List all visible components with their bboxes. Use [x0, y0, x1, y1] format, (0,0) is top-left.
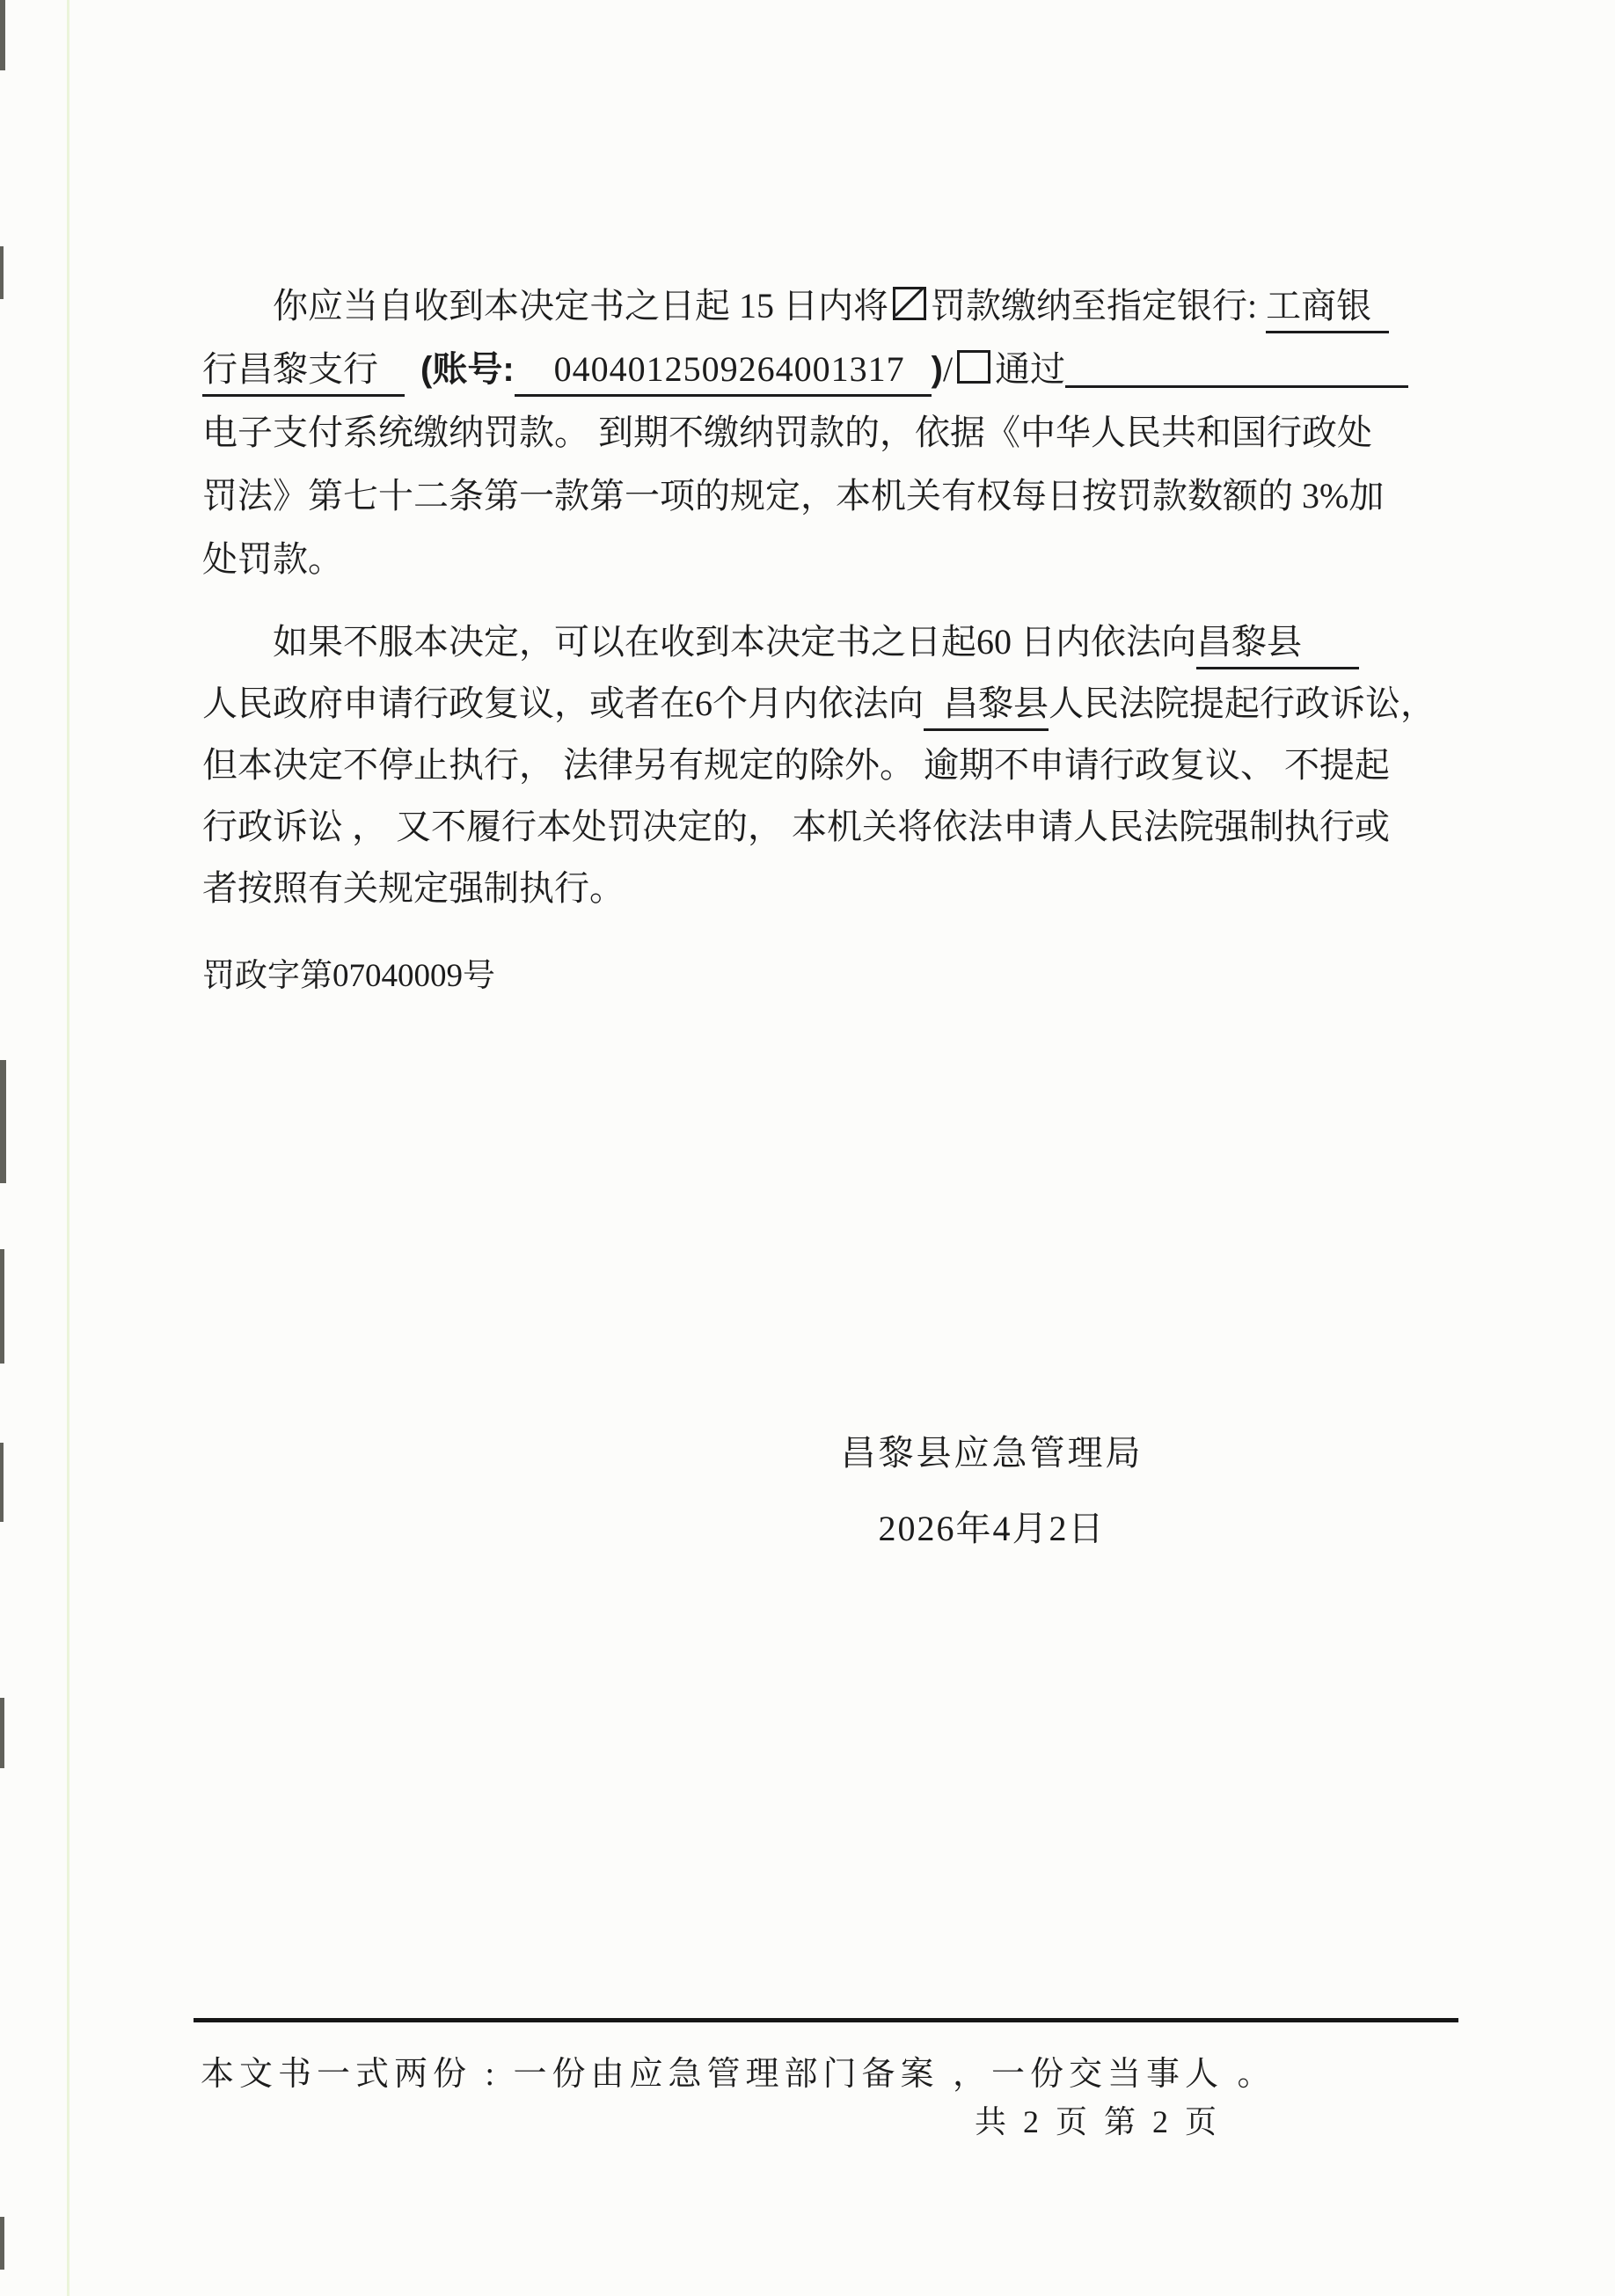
payment-deadline-text: 你应当自收到本决定书之日起 15 日内将	[273, 286, 888, 325]
paragraph-text: 罚法》第七十二条第一款第一项的规定，本机关有权每日按罚款数额的 3%加	[202, 476, 1384, 516]
court-county-name: 昌黎县	[924, 684, 1049, 731]
paragraph-text: 者按照有关规定强制执行。	[202, 868, 625, 908]
paragraph-text: 处罚款。	[202, 539, 343, 579]
paragraph-line: 人民政府申请行政复议，或者在6个月内依法向昌黎县人民法院提起行政诉讼，	[202, 673, 1451, 735]
copies-distribution-note: 本文书一式两份 : 一份由应急管理部门备案 ，一份交当事人 。	[201, 2046, 1276, 2095]
checkbox-unchecked-icon	[957, 350, 990, 384]
scanned-document-page: 你应当自收到本决定书之日起 15 日内将罚款缴纳至指定银行: 工商银 行昌黎支行…	[0, 0, 1615, 2296]
scan-edge-artifact	[0, 0, 5, 70]
paragraph-line: 你应当自收到本决定书之日起 15 日内将罚款缴纳至指定银行: 工商银	[202, 274, 1451, 338]
paragraph-line: 电子支付系统缴纳罚款。 到期不缴纳罚款的，依据《中华人民共和国行政处	[202, 401, 1451, 464]
scan-fold-line	[67, 0, 69, 2296]
pay-to-bank-text: 罚款缴纳至指定银行:	[931, 286, 1266, 325]
paragraph-line: 但本决定不停止执行， 法律另有规定的除外。 逾期不申请行政复议、 不提起	[202, 735, 1451, 796]
paragraph-text: 但本决定不停止执行， 法律另有规定的除外。 逾期不申请行政复议、 不提起	[202, 745, 1390, 785]
review-authority-name: 昌黎县	[1196, 622, 1359, 669]
paragraph-text: 如果不服本决定，可以在收到本决定书之日起60 日内依法向	[273, 622, 1196, 662]
paragraph-line: 行政诉讼 ， 又不履行本处罚决定的， 本机关将依法申请人民法院强制执行或	[202, 796, 1451, 858]
paragraph-text: 电子支付系统缴纳罚款。 到期不缴纳罚款的，依据《中华人民共和国行政处	[202, 413, 1372, 452]
page-number-indicator: 共 2 页 第 2 页	[975, 2097, 1221, 2142]
account-number: 0404012509264001317	[515, 349, 932, 397]
scan-edge-artifact	[0, 1249, 4, 1364]
paragraph-line: 行昌黎支行(账号:0404012509264001317)/通过	[202, 338, 1451, 401]
payment-instructions-paragraph: 你应当自收到本决定书之日起 15 日内将罚款缴纳至指定银行: 工商银 行昌黎支行…	[202, 274, 1451, 591]
blank-underline	[1065, 382, 1408, 388]
scan-edge-artifact	[0, 1443, 4, 1522]
document-number: 罚政字第07040009号	[202, 948, 495, 996]
checkbox-checked-slash-icon	[893, 287, 926, 320]
paragraph-text: 行政诉讼 ， 又不履行本处罚决定的， 本机关将依法申请人民法院强制执行或	[202, 807, 1390, 846]
bank-name-part2: 行昌黎支行	[202, 349, 405, 397]
paragraph-line: 处罚款。	[202, 528, 1451, 591]
paragraph-text: 人民政府申请行政复议，或者在6个月内依法向	[202, 684, 924, 723]
scan-edge-artifact	[0, 246, 4, 299]
via-text: 通过	[995, 349, 1065, 389]
paragraph-text: 人民法院提起行政诉讼，	[1049, 684, 1436, 723]
scan-edge-artifact	[0, 2217, 4, 2270]
scan-edge-artifact	[0, 1698, 4, 1768]
footer-divider	[194, 2018, 1458, 2022]
paragraph-line: 如果不服本决定，可以在收到本决定书之日起60 日内依法向昌黎县	[202, 611, 1451, 673]
decision-date: 2026年4月2日	[752, 1501, 1231, 1551]
slash-separator: /	[943, 349, 953, 389]
bank-name-part1: 工商银	[1266, 286, 1389, 333]
paragraph-line: 罚法》第七十二条第一款第一项的规定，本机关有权每日按罚款数额的 3%加	[202, 464, 1451, 528]
appeal-rights-paragraph: 如果不服本决定，可以在收到本决定书之日起60 日内依法向昌黎县 人民政府申请行政…	[202, 611, 1451, 919]
account-label: (账号:	[420, 350, 515, 389]
issuing-agency-name: 昌黎县应急管理局	[752, 1425, 1231, 1475]
paren-close: )	[932, 350, 943, 389]
paragraph-line: 者按照有关规定强制执行。	[202, 858, 1451, 919]
scan-edge-artifact	[0, 1060, 6, 1183]
